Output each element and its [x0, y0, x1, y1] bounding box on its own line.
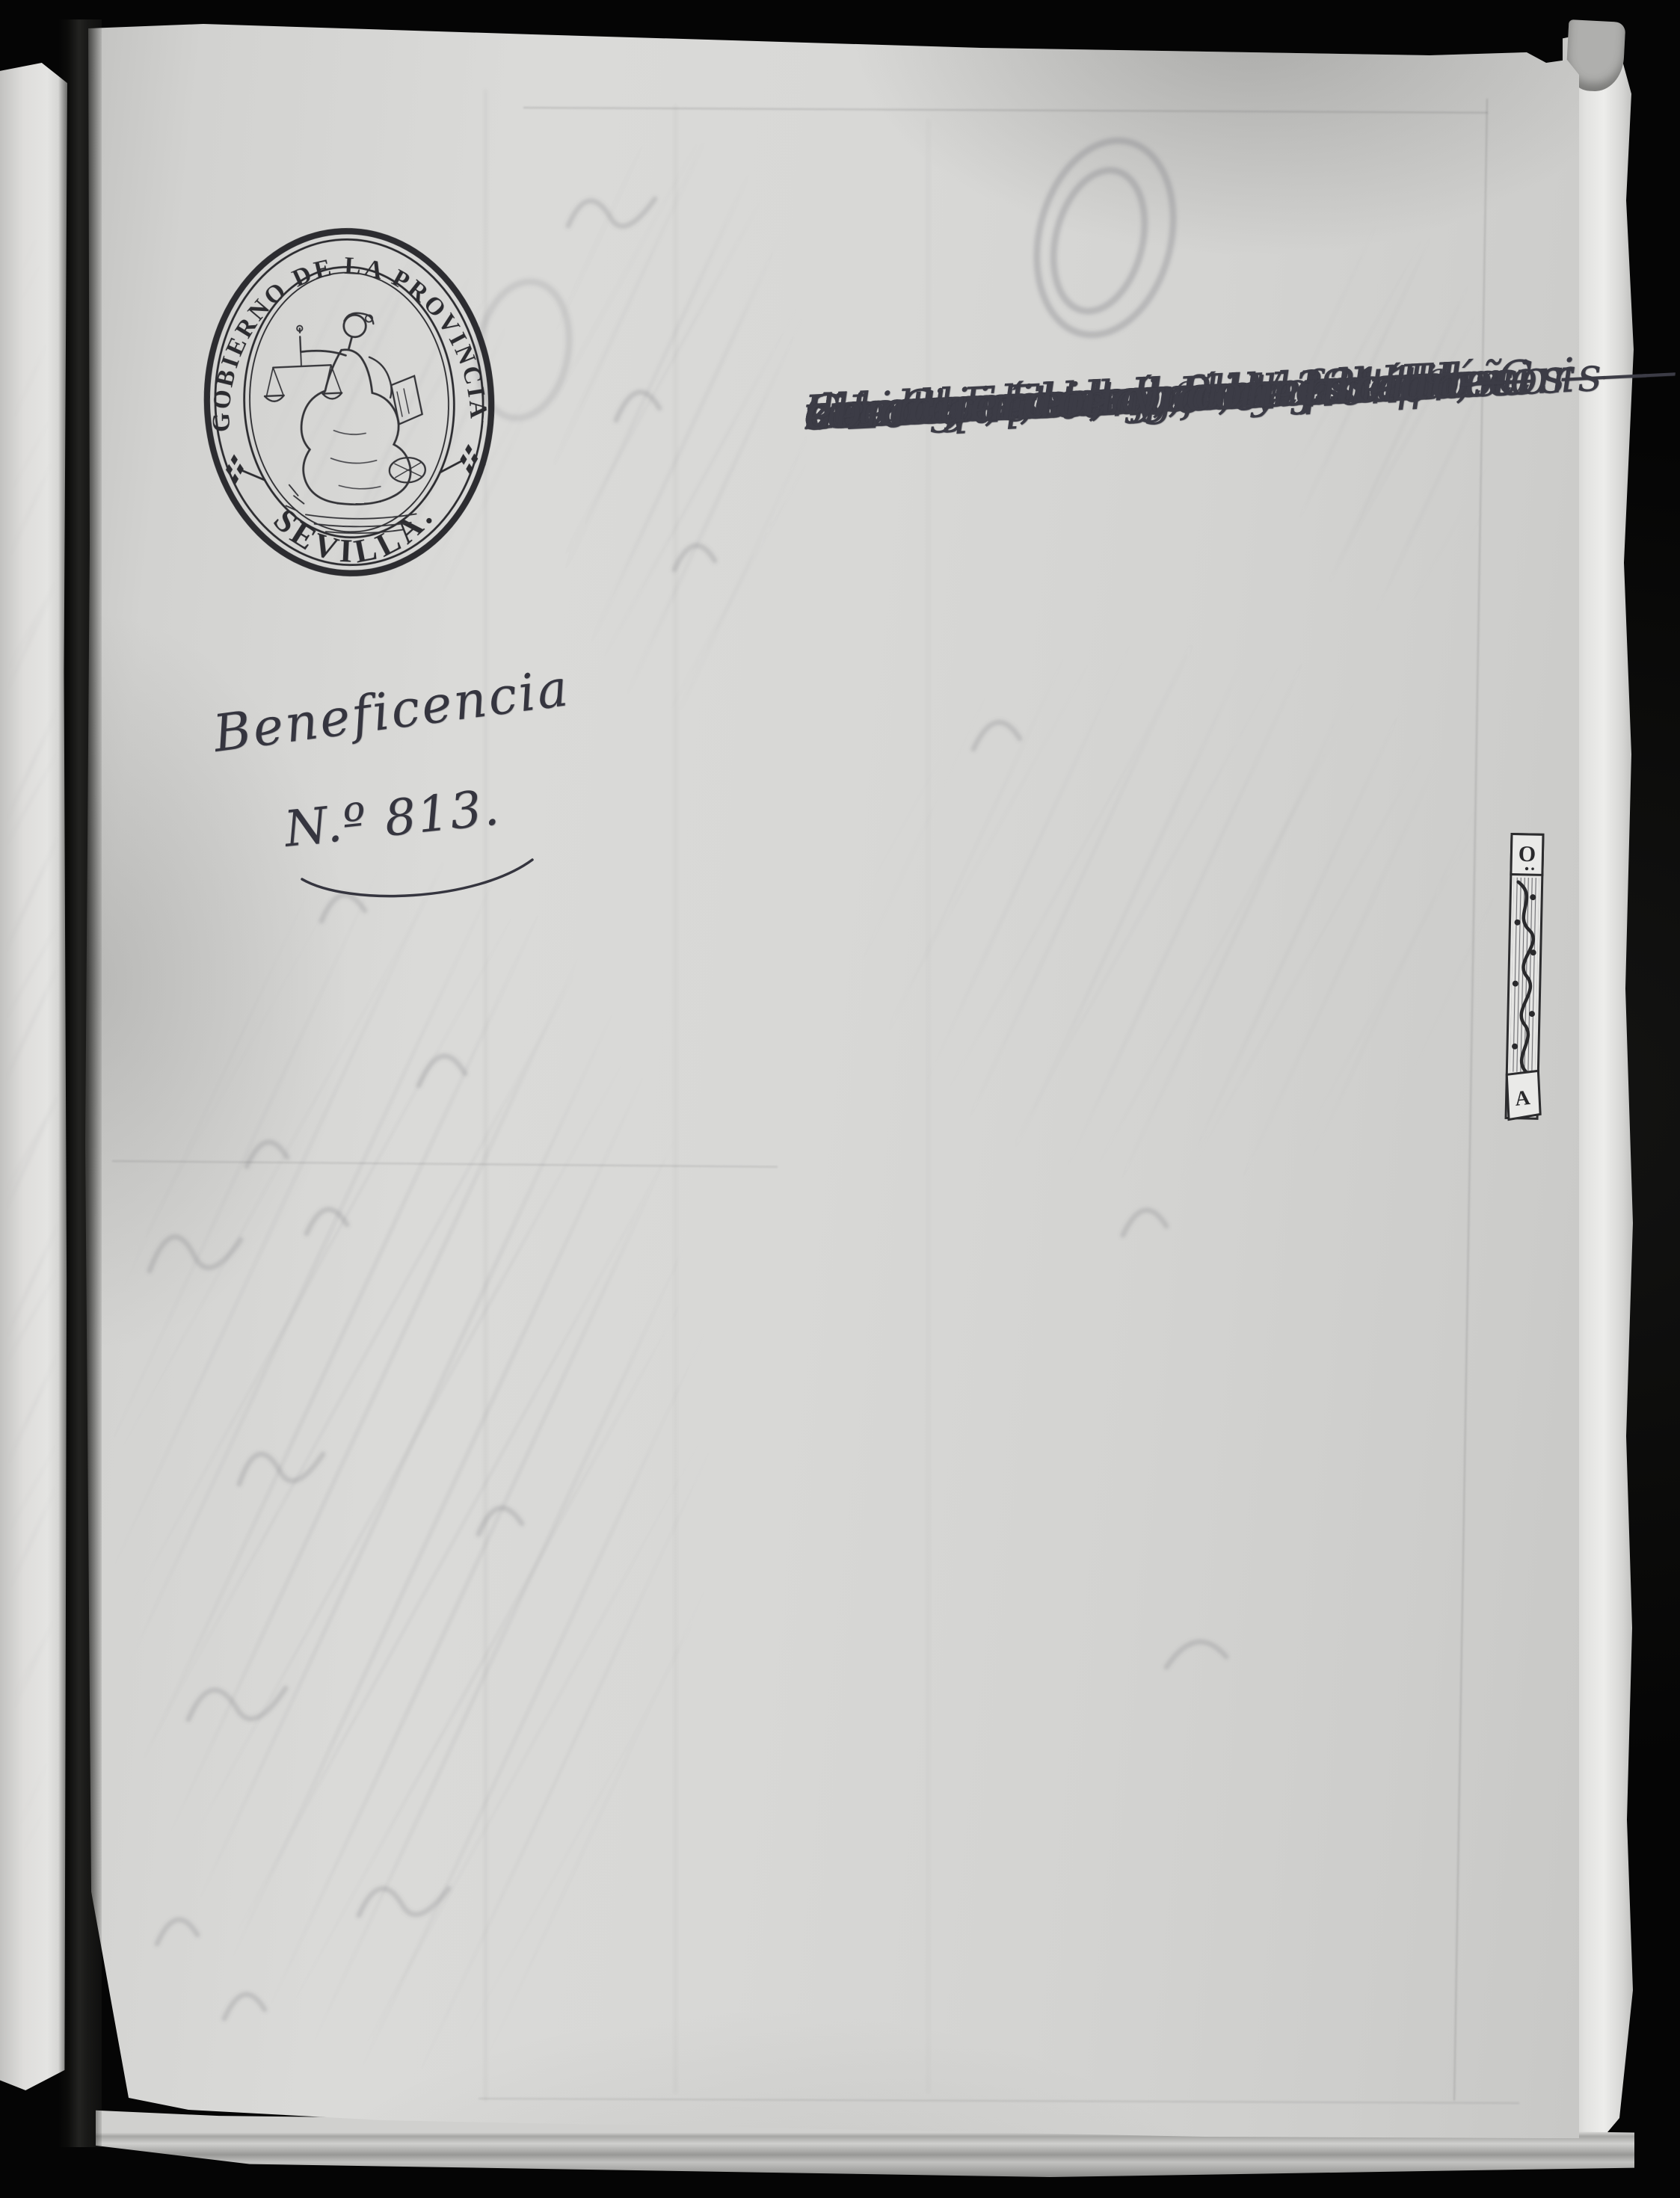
provincial-government-stamp: GOBIERNO DE LA PROVINCIA SEVILLA. [189, 212, 508, 592]
fragment-letter-a: A [1514, 1086, 1532, 1111]
svg-text:SEVILLA.: SEVILLA. [265, 495, 444, 574]
underline-flourish [296, 843, 550, 911]
stamp-ornament-left [225, 454, 244, 485]
fragment-letter-o: O [1518, 842, 1536, 866]
justice-figure-icon [261, 310, 428, 537]
paper-fold [674, 105, 677, 2093]
stamp-ornament-right [459, 443, 479, 475]
archival-book-photo: GOBIERNO DE LA PROVINCIA SEVILLA. [0, 0, 1680, 2198]
printed-border-fragment: O A [1503, 825, 1552, 1129]
stamp-city-text: SEVILLA. [265, 495, 444, 574]
